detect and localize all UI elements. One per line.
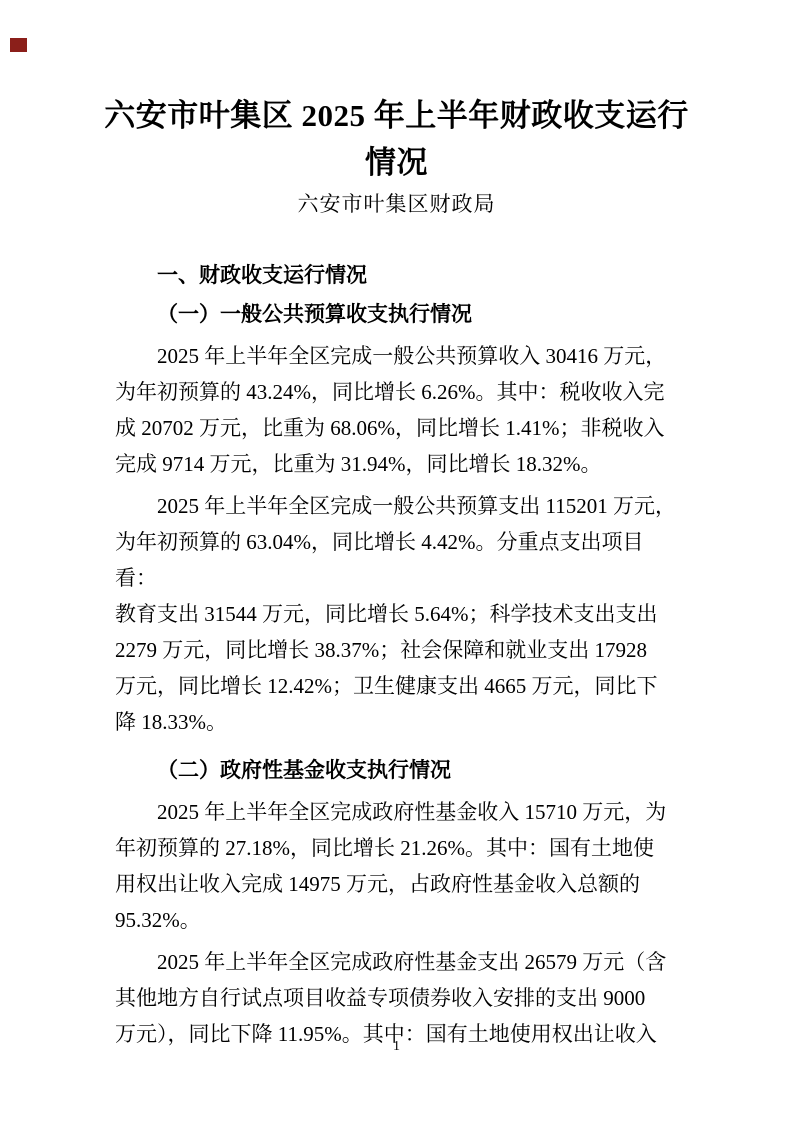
subsection-heading-general-budget: （一）一般公共预算收支执行情况 xyxy=(115,296,678,332)
document-title: 六安市叶集区 2025 年上半年财政收支运行情况 xyxy=(99,92,695,186)
subsection-heading-government-funds: （二）政府性基金收支执行情况 xyxy=(115,752,678,788)
page-number: 1 xyxy=(0,1038,793,1056)
paragraph-government-fund-expenditure: 2025 年上半年全区完成政府性基金支出 26579 万元（含 其他地方自行试点… xyxy=(115,944,678,1052)
section-heading-fiscal-operation: 一、财政收支运行情况 xyxy=(115,258,678,294)
paragraph-government-fund-revenue: 2025 年上半年全区完成政府性基金收入 15710 万元，为 年初预算的 27… xyxy=(115,794,678,938)
red-corner-mark xyxy=(10,38,27,52)
paragraph-general-budget-revenue: 2025 年上半年全区完成一般公共预算收入 30416 万元， 为年初预算的 4… xyxy=(115,338,678,482)
document-author: 六安市叶集区财政局 xyxy=(0,188,793,220)
document-body: 一、财政收支运行情况 （一）一般公共预算收支执行情况 2025 年上半年全区完成… xyxy=(115,258,678,1052)
document-page: 六安市叶集区 2025 年上半年财政收支运行情况 六安市叶集区财政局 一、财政收… xyxy=(0,0,793,1122)
paragraph-general-budget-expenditure: 2025 年上半年全区完成一般公共预算支出 115201 万元， 为年初预算的 … xyxy=(115,488,678,740)
